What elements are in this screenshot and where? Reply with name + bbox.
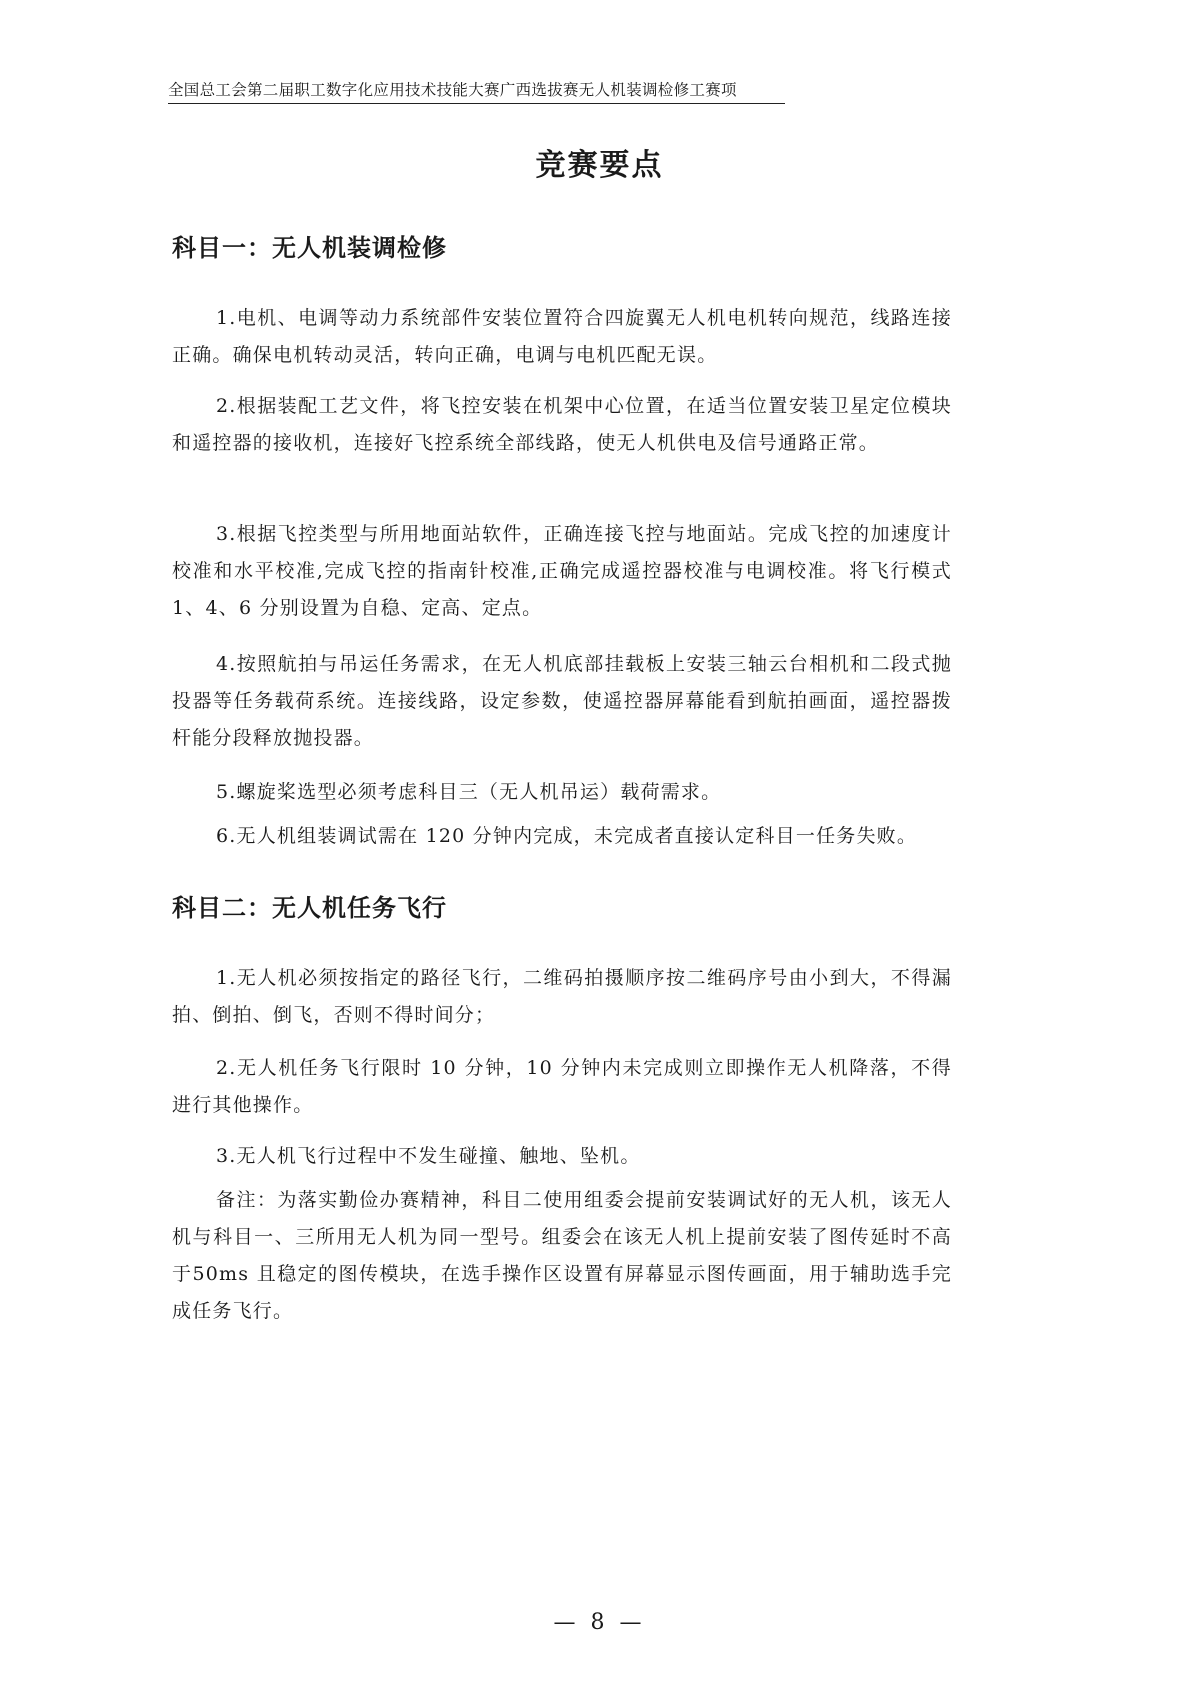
section1-item-5: 5.螺旋桨选型必须考虑科目三（无人机吊运）载荷需求。 [172,774,952,811]
section1-item-6: 6.无人机组装调试需在 120 分钟内完成，未完成者直接认定科目一任务失败。 [172,818,952,855]
section1-item-1: 1.电机、电调等动力系统部件安装位置符合四旋翼无人机电机转向规范，线路连接正确。… [172,300,952,374]
section2-item-3: 3.无人机飞行过程中不发生碰撞、触地、坠机。 [172,1138,952,1175]
section-heading-1: 科目一：无人机装调检修 [172,228,447,263]
section1-item-2: 2.根据装配工艺文件，将飞控安装在机架中心位置，在适当位置安装卫星定位模块和遥控… [172,388,952,462]
section2-item-2: 2.无人机任务飞行限时 10 分钟，10 分钟内未完成则立即操作无人机降落，不得… [172,1050,952,1124]
section2-note: 备注：为落实勤俭办赛精神，科目二使用组委会提前安装调试好的无人机，该无人机与科目… [172,1182,952,1330]
running-header: 全国总工会第二届职工数字化应用技术技能大赛广西选拔赛无人机装调检修工赛项 [168,78,785,104]
section1-item-4: 4.按照航拍与吊运任务需求，在无人机底部挂载板上安装三轴云台相机和二段式抛投器等… [172,646,952,757]
page-title: 竞赛要点 [0,140,1199,184]
page-number: — 8 — [0,1610,1199,1635]
section1-item-3: 3.根据飞控类型与所用地面站软件，正确连接飞控与地面站。完成飞控的加速度计校准和… [172,516,952,627]
section2-item-1: 1.无人机必须按指定的路径飞行，二维码拍摄顺序按二维码序号由小到大，不得漏拍、倒… [172,960,952,1034]
section-heading-2: 科目二：无人机任务飞行 [172,888,447,923]
